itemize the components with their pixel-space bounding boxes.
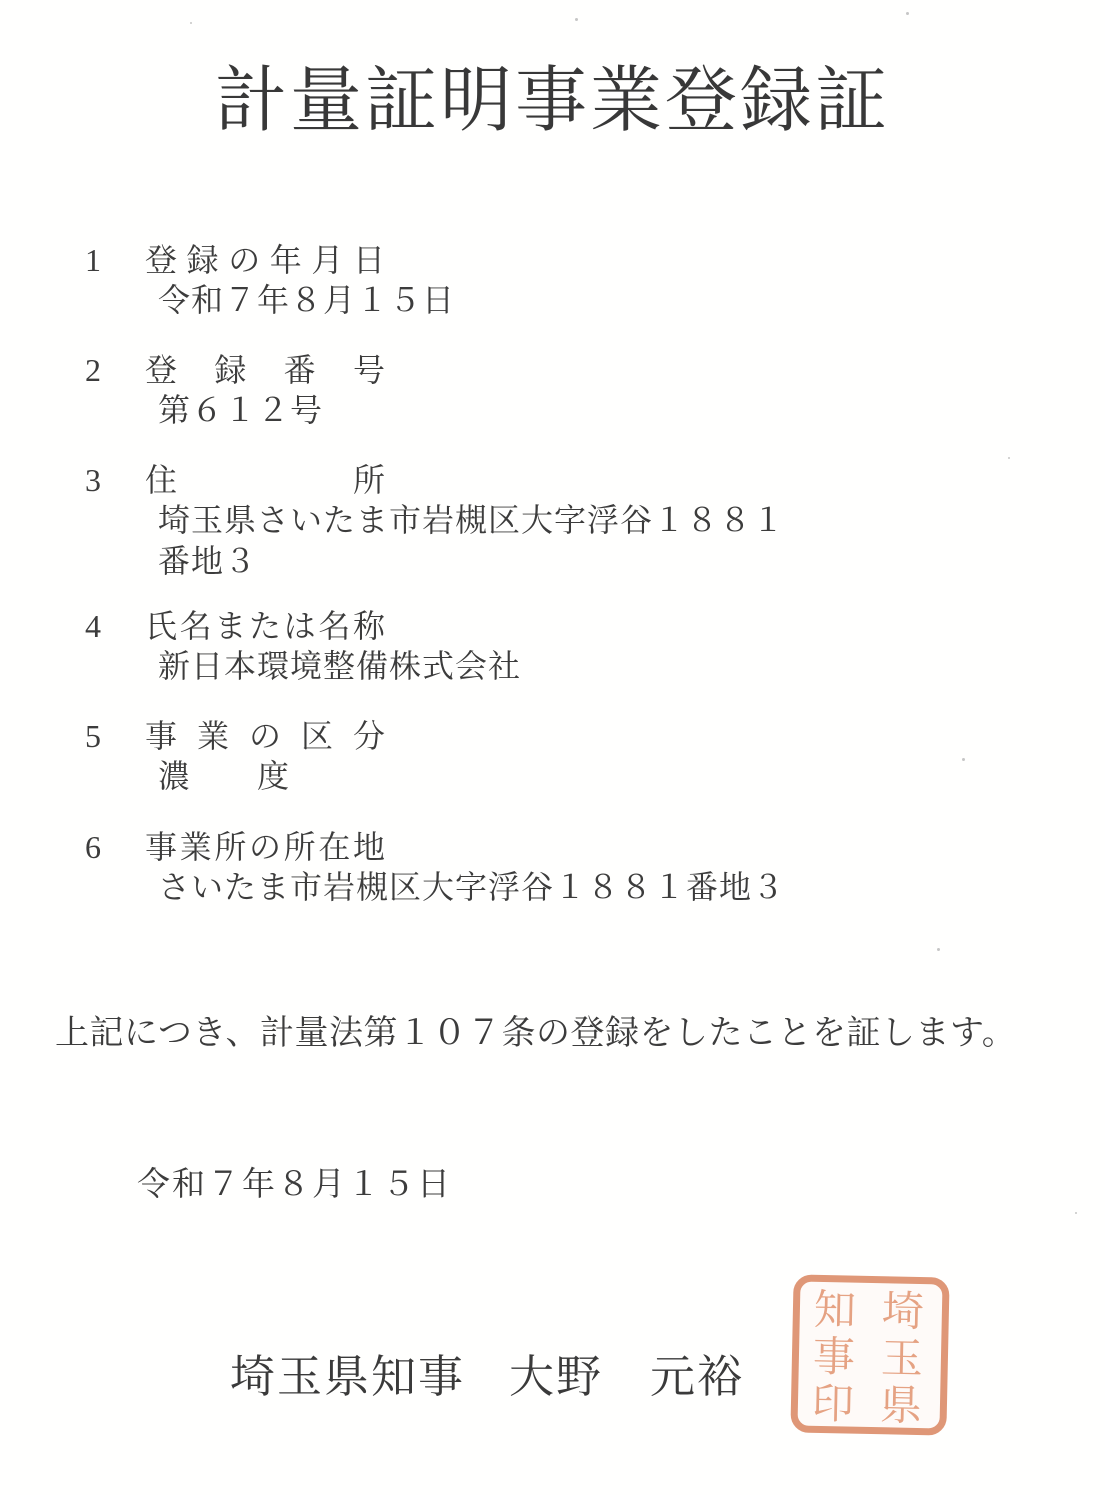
official-seal-stamp-icon: 埼玉県 知事印 (790, 1274, 949, 1435)
item-label: 事業所の所在地 (145, 827, 385, 867)
issue-date: 令和７年８月１５日 (137, 1158, 452, 1205)
signature-line: 埼玉県知事大野 元裕 (230, 1340, 744, 1405)
item-value: 第６１２号 (158, 390, 808, 431)
item-number: 2 (85, 350, 145, 390)
item-label: 住所 (145, 460, 385, 500)
item-number: 3 (85, 460, 145, 500)
scan-speck (1008, 457, 1010, 459)
registration-item-row: 3住所埼玉県さいたま市岩槻区大字浮谷１８８１番地３ (85, 460, 1105, 582)
scan-speck (962, 758, 965, 761)
registration-item-row: 5事業の区分濃 度 (85, 716, 1105, 797)
item-value: 埼玉県さいたま市岩槻区大字浮谷１８８１番地３ (158, 500, 808, 582)
registration-item-row: 1登録の年月日令和７年８月１５日 (85, 240, 1105, 321)
scan-speck (190, 22, 192, 24)
item-number: 6 (85, 827, 145, 867)
item-label: 登録の年月日 (145, 240, 385, 280)
item-value: さいたま市岩槻区大字浮谷１８８１番地３ (158, 867, 808, 908)
certificate-page: 計量証明事業登録証 1登録の年月日令和７年８月１５日 2登録番号第６１２号 3住… (0, 0, 1105, 1495)
seal-text-right-column: 埼玉県 (879, 1289, 928, 1431)
certificate-title: 計量証明事業登録証 (0, 42, 1105, 146)
registration-item-row: 4氏名または名称新日本環境整備株式会社 (85, 606, 1105, 687)
item-number: 5 (85, 716, 145, 756)
scan-speck (1075, 1212, 1077, 1214)
signer-name: 大野 元裕 (509, 1352, 744, 1402)
item-label: 事業の区分 (145, 716, 385, 756)
item-number: 1 (85, 240, 145, 280)
item-value: 新日本環境整備株式会社 (158, 646, 808, 687)
item-label: 氏名または名称 (145, 606, 385, 646)
registration-item-row: 2登録番号第６１２号 (85, 350, 1105, 431)
certification-statement: 上記につき、計量法第１０７条の登録をしたことを証します。 (55, 1005, 1016, 1054)
scan-speck (575, 18, 578, 21)
signer-office: 埼玉県知事 (230, 1352, 465, 1402)
item-label: 登録番号 (145, 350, 385, 390)
item-value: 濃 度 (158, 756, 808, 797)
item-value: 令和７年８月１５日 (158, 280, 808, 321)
scan-speck (937, 948, 940, 951)
item-number: 4 (85, 606, 145, 646)
registration-item-row: 6事業所の所在地さいたま市岩槻区大字浮谷１８８１番地３ (85, 827, 1105, 908)
seal-text-left-column: 知事印 (811, 1288, 860, 1430)
scan-speck (906, 12, 909, 15)
